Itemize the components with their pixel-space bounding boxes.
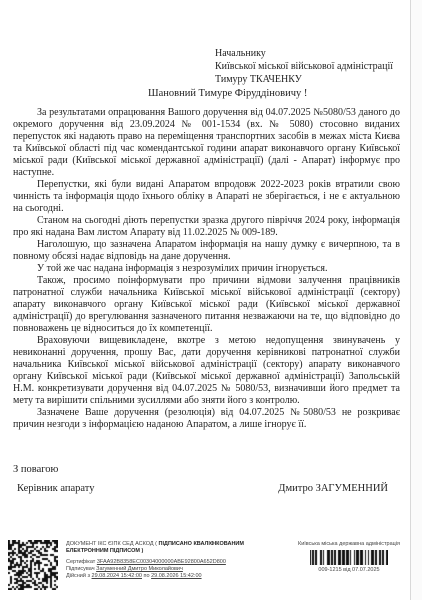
page-edge-line [410,0,411,600]
signer-label: Підписувач [66,566,96,572]
esign-doc-suffix: ) [140,548,143,554]
registration-number: 009-1215 від 07.07.2025 [288,567,410,573]
document-page: Начальнику Київської міської військової … [0,0,422,600]
paragraph: Наголошую, що зазначена Апаратом інформа… [13,239,400,263]
signature-row: Керівник апарату Дмитро ЗАГУМЕННИЙ [17,483,388,494]
esign-stamp: ДОКУМЕНТ ІКС ЄІПК СЕД АСКОД ( ПІДПИСАНО … [66,541,266,580]
addressee-line: Тимуру ТКАЧЕНКУ [215,73,393,86]
barcode-icon [310,550,388,565]
valid-mid: по [142,573,151,579]
valid-label: Дійсний з [66,573,92,579]
paragraph: Перепустки, які були видані Апаратом впр… [13,179,400,215]
signer-value: Загуменний Дмитро Миколайович [96,566,183,572]
esign-doc-line: ДОКУМЕНТ ІКС ЄІПК СЕД АСКОД ( ПІДПИСАНО … [66,541,266,555]
letter-body: За результатами опрацювання Вашого доруч… [13,107,400,431]
paragraph: За результатами опрацювання Вашого доруч… [13,107,400,179]
paragraph: Станом на сьогодні діють перепустки зраз… [13,215,400,239]
paragraph: Враховуючи вищевикладене, вкотре з метою… [13,335,400,407]
signer-position: Керівник апарату [17,483,95,494]
paragraph: У той же час надана інформація з незрозу… [13,263,400,275]
signer-name: Дмитро ЗАГУМЕННИЙ [278,483,388,494]
salutation: Шановний Тимуре Фіруддіновичу ! [148,88,307,99]
org-name: Київська міська державна адміністрація [288,541,410,547]
paragraph: Зазначене Ваше доручення (резолюція) від… [13,407,400,431]
registration-stamp: Київська міська державна адміністрація 0… [288,541,410,573]
cert-value: 3FAA92B8358EC00304000000ABE92800A652D800 [97,559,226,565]
footer-stamps: ДОКУМЕНТ ІКС ЄІПК СЕД АСКОД ( ПІДПИСАНО … [0,538,422,598]
qr-code-icon [8,540,58,590]
addressee-line: Начальнику [215,47,393,60]
addressee-block: Начальнику Київської міської військової … [215,47,393,86]
valid-to: 29.08.2026 15:42:00 [151,573,201,579]
validity-line: Дійсний з 29.08.2024 15:42:00 по 29.08.2… [66,573,266,580]
signer-line: Підписувач Загуменний Дмитро Миколайович [66,566,266,573]
page-gutter [411,0,422,600]
closing: З повагою [13,464,58,475]
valid-from: 29.08.2024 15:42:00 [92,573,142,579]
cert-label: Сертифікат [66,559,97,565]
esign-doc-prefix: ДОКУМЕНТ ІКС ЄІПК СЕД АСКОД ( [66,541,159,547]
paragraph: Також, просимо поінформувати про причини… [13,275,400,335]
cert-line: Сертифікат 3FAA92B8358EC00304000000ABE92… [66,559,266,566]
addressee-line: Київської міської військової адміністрац… [215,60,393,73]
